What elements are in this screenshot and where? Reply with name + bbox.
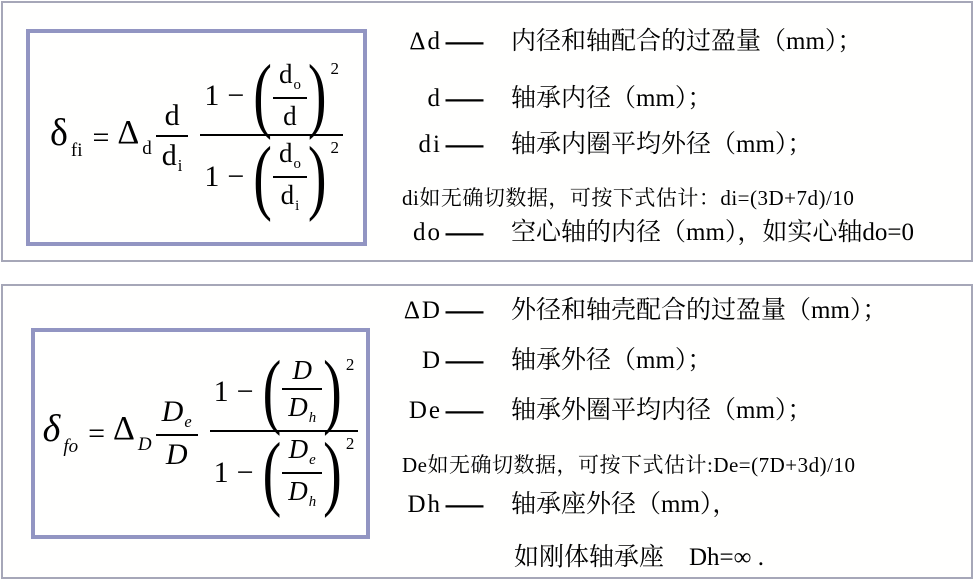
em-dash: — [446, 126, 484, 165]
em-dash: — [446, 292, 484, 331]
close-paren: ) [322, 439, 343, 506]
variable-description: 外径和轴壳配合的过盈量（mm）； [511, 296, 887, 326]
inner-den-subscript: i [295, 198, 299, 214]
main-fraction: 1 − ( D Dh ) 2 1 − ( [210, 353, 359, 514]
ratio-numerator: De [156, 395, 198, 435]
one: 1 [214, 377, 229, 407]
variable-description: 内径和轴配合的过盈量（mm）； [511, 27, 862, 57]
main-fraction: 1 − ( do d ) 2 1 − ( [200, 57, 343, 218]
inner-num: De [283, 434, 322, 472]
variable-symbol: do [398, 218, 442, 248]
annotation-row-do: do — 空心轴的内径（mm），如实心轴do=0 [398, 218, 914, 248]
equals-sign: = [92, 121, 109, 155]
formula-delta-fi: δfi = Δd d di 1 − ( do d ) [50, 57, 343, 218]
ratio-den-base: d [162, 139, 177, 172]
annotation-row-D: D — 轴承外径（mm）； [398, 346, 712, 376]
ratio-numerator: d [159, 99, 186, 135]
variable-symbol: De [398, 396, 442, 426]
capital-delta-subscript: D [138, 434, 152, 455]
inner-den: Dh [282, 474, 322, 512]
inner-num: D [286, 355, 318, 388]
exponent: 2 [331, 59, 340, 79]
close-paren: ) [307, 143, 328, 210]
variable-symbol: Δd [398, 27, 442, 57]
exponent: 2 [346, 355, 355, 375]
inner-den-base: d [281, 180, 295, 210]
one: 1 [204, 81, 219, 111]
inner-fraction-do-over-di: do di [273, 138, 307, 216]
main-fraction-denominator: 1 − ( De Dh ) 2 [210, 432, 359, 514]
slide-page: δfi = Δd d di 1 − ( do d ) [0, 0, 976, 580]
close-paren: ) [322, 358, 343, 425]
ratio-num-subscript: e [184, 412, 191, 431]
exponent: 2 [331, 138, 340, 158]
annotation-continuation-Dh: 如刚体轴承座 Dh=∞ . [514, 537, 764, 573]
annotation-row-De: De — 轴承外圈平均内径（mm）； [398, 396, 812, 426]
inner-num-subscript: o [293, 156, 300, 172]
inner-num-subscript: e [309, 452, 316, 468]
equals-sign: = [88, 417, 105, 451]
variable-description: 轴承内圈平均外径（mm）； [511, 130, 812, 160]
ratio-num-base: D [162, 395, 184, 428]
ratio-De-over-D: De D [156, 395, 198, 473]
ratio-den-subscript: i [178, 156, 183, 175]
one: 1 [214, 458, 229, 488]
em-dash: — [446, 214, 484, 253]
interference-term: ΔD [113, 412, 152, 456]
em-dash: — [446, 23, 484, 62]
inner-den-subscript: h [309, 494, 316, 510]
delta-fi-subscript: fi [71, 140, 83, 161]
variable-description: 轴承外圈平均内径（mm）； [511, 396, 812, 426]
ratio-denominator: D [160, 436, 194, 472]
formula-delta-fo: δfo = ΔD De D 1 − ( D Dh ) [43, 353, 359, 514]
em-dash: — [446, 342, 484, 381]
delta-fo-subscript: fo [63, 436, 78, 457]
ratio-denominator: di [156, 137, 189, 177]
one: 1 [204, 162, 219, 192]
inner-ring-formula-box: δfi = Δd d di 1 − ( do d ) [26, 29, 367, 246]
inner-num-base: d [279, 59, 293, 89]
minus-sign: − [237, 458, 254, 488]
minus-sign: − [237, 377, 254, 407]
em-dash: — [446, 392, 484, 431]
delta-symbol: δ [50, 112, 68, 154]
inner-num-subscript: o [293, 77, 300, 93]
main-fraction-numerator: 1 − ( do d ) 2 [200, 57, 343, 134]
annotation-row-delta-D: ΔD — 外径和轴壳配合的过盈量（mm）； [398, 296, 887, 326]
annotation-row-delta-d: Δd — 内径和轴配合的过盈量（mm）； [398, 27, 862, 57]
main-fraction-denominator: 1 − ( do di ) 2 [200, 136, 343, 218]
minus-sign: − [227, 81, 244, 111]
minus-sign: − [227, 162, 244, 192]
open-paren: ( [252, 143, 273, 210]
variable-symbol: d [398, 84, 442, 114]
variable-symbol: D [398, 346, 442, 376]
inner-fraction-D-over-Dh: D Dh [282, 355, 322, 428]
inner-den: d [277, 99, 303, 132]
delta-symbol: δ [43, 408, 61, 450]
delta-fo-symbol: δfo [43, 410, 78, 458]
inner-den: Dh [282, 390, 322, 428]
open-paren: ( [262, 439, 283, 506]
interference-term: Δd [117, 116, 151, 160]
annotation-row-Dh: Dh — 轴承座外径（mm）， [398, 490, 737, 520]
variable-description: 轴承外径（mm）； [511, 346, 712, 376]
estimation-note-di: di如无确切数据，可按下式估计：di=(3D+7d)/10 [402, 182, 854, 212]
inner-fraction-do-over-d: do d [273, 59, 307, 132]
inner-den-subscript: h [309, 410, 316, 426]
inner-num: do [273, 138, 307, 176]
inner-den-base: D [288, 476, 308, 506]
main-fraction-numerator: 1 − ( D Dh ) 2 [210, 353, 359, 430]
variable-symbol: ΔD [398, 296, 442, 326]
annotation-row-d: d — 轴承内径（mm）； [398, 84, 712, 114]
variable-description: 轴承内径（mm）； [511, 84, 712, 114]
outer-ring-formula-box: δfo = ΔD De D 1 − ( D Dh ) [31, 328, 370, 539]
close-paren: ) [307, 62, 328, 129]
annotation-row-di: di — 轴承内圈平均外径（mm）； [398, 130, 812, 160]
inner-fraction-De-over-Dh: De Dh [282, 434, 322, 512]
variable-symbol: Dh [398, 490, 442, 520]
exponent: 2 [346, 434, 355, 454]
inner-den: di [275, 178, 306, 216]
inner-den-base: D [288, 392, 308, 422]
variable-description: 轴承座外径（mm）， [511, 490, 737, 520]
inner-num-base: d [279, 138, 293, 168]
variable-symbol: di [398, 130, 442, 160]
inner-num-base: D [289, 434, 309, 464]
delta-fi-symbol: δfi [50, 114, 83, 162]
open-paren: ( [252, 62, 273, 129]
capital-delta-subscript: d [142, 138, 152, 159]
variable-description: 空心轴的内径（mm），如实心轴do=0 [511, 218, 914, 248]
em-dash: — [446, 80, 484, 119]
open-paren: ( [262, 358, 283, 425]
em-dash: — [446, 486, 484, 525]
estimation-note-De: De如无确切数据，可按下式估计:De=(7D+3d)/10 [402, 449, 855, 479]
capital-delta-symbol: Δ [113, 410, 135, 447]
ratio-d-over-di: d di [156, 99, 189, 177]
capital-delta-symbol: Δ [117, 114, 139, 151]
inner-num: do [273, 59, 307, 97]
